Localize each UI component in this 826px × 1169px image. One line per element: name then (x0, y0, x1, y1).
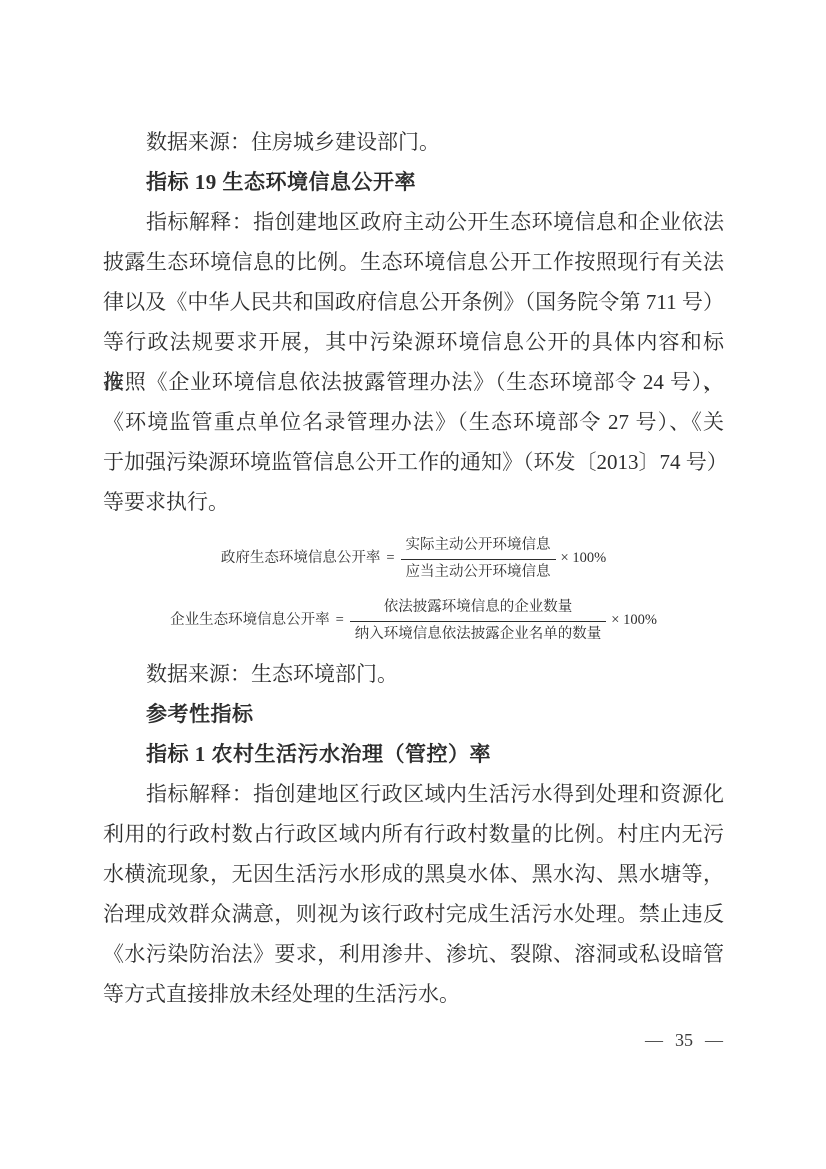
formula-government-disclosure-rate: 政府生态环境信息公开率 = 实际主动公开环境信息 应当主动公开环境信息 × 10… (221, 536, 606, 582)
body-line: 《水污染防治法》要求，利用渗井、渗坑、裂隙、溶洞或私设暗管 (103, 934, 724, 974)
body-line: 等行政法规要求开展，其中污染源环境信息公开的具体内容和标准， (103, 322, 724, 362)
formula-label: 企业生态环境信息公开率 (170, 611, 330, 631)
body-line: 利用的行政村数占行政区域内所有行政村数量的比例。村庄内无污 (103, 814, 724, 854)
equals-sign: = (336, 611, 344, 631)
body-line: 指标解释：指创建地区政府主动公开生态环境信息和企业依法 (103, 202, 724, 242)
body-line: 于加强污染源环境监管信息公开工作的通知》（环发〔2013〕74 号） (103, 442, 724, 482)
body-line: 按照《企业环境信息依法披露管理办法》（生态环境部令 24 号）、 (103, 362, 724, 402)
document-body: 数据来源：住房城乡建设部门。 指标 19 生态环境信息公开率 指标解释：指创建地… (103, 122, 724, 1014)
body-line: 指标解释：指创建地区行政区域内生活污水得到处理和资源化 (103, 774, 724, 814)
body-line: 治理成效群众满意，则视为该行政村完成生活污水处理。禁止违反 (103, 894, 724, 934)
page-number: — 35 — (645, 1030, 723, 1051)
body-line: 《环境监管重点单位名录管理办法》（生态环境部令 27 号）、《关 (103, 402, 724, 442)
heading-indicator-1: 指标 1 农村生活污水治理（管控）率 (103, 734, 724, 774)
body-line: 等方式直接排放未经处理的生活污水。 (103, 974, 724, 1014)
fraction-denominator: 纳入环境信息依法披露企业名单的数量 (350, 622, 607, 645)
fraction: 依法披露环境信息的企业数量 纳入环境信息依法披露企业名单的数量 (350, 598, 607, 644)
body-line: 律以及《中华人民共和国政府信息公开条例》（国务院令第 711 号） (103, 282, 724, 322)
data-source-line: 数据来源：住房城乡建设部门。 (103, 122, 724, 162)
multiply-percent: × 100% (611, 611, 657, 631)
data-source-line: 数据来源：生态环境部门。 (103, 654, 724, 694)
document-page: 数据来源：住房城乡建设部门。 指标 19 生态环境信息公开率 指标解释：指创建地… (0, 0, 826, 1169)
formula-label: 政府生态环境信息公开率 (221, 549, 381, 569)
body-line: 披露生态环境信息的比例。生态环境信息公开工作按照现行有关法 (103, 242, 724, 282)
page-number-value: 35 (675, 1030, 693, 1051)
body-line: 水横流现象，无因生活污水形成的黑臭水体、黑水沟、黑水塘等， (103, 854, 724, 894)
formula-block: 政府生态环境信息公开率 = 实际主动公开环境信息 应当主动公开环境信息 × 10… (103, 522, 724, 654)
fraction-numerator: 依法披露环境信息的企业数量 (350, 598, 607, 622)
paragraph-indicator-1-explanation: 指标解释：指创建地区行政区域内生活污水得到处理和资源化 利用的行政村数占行政区域… (103, 774, 724, 1014)
page-number-dash-right: — (705, 1030, 723, 1051)
body-line: 等要求执行。 (103, 482, 724, 522)
page-number-dash-left: — (645, 1030, 663, 1051)
paragraph-indicator-19-explanation: 指标解释：指创建地区政府主动公开生态环境信息和企业依法 披露生态环境信息的比例。… (103, 202, 724, 522)
equals-sign: = (386, 549, 394, 569)
fraction-denominator: 应当主动公开环境信息 (401, 560, 556, 583)
heading-indicator-19: 指标 19 生态环境信息公开率 (103, 162, 724, 202)
heading-reference-indicators: 参考性指标 (103, 694, 724, 734)
multiply-percent: × 100% (561, 549, 607, 569)
fraction: 实际主动公开环境信息 应当主动公开环境信息 (401, 536, 556, 582)
fraction-numerator: 实际主动公开环境信息 (401, 536, 556, 560)
formula-enterprise-disclosure-rate: 企业生态环境信息公开率 = 依法披露环境信息的企业数量 纳入环境信息依法披露企业… (170, 598, 657, 644)
